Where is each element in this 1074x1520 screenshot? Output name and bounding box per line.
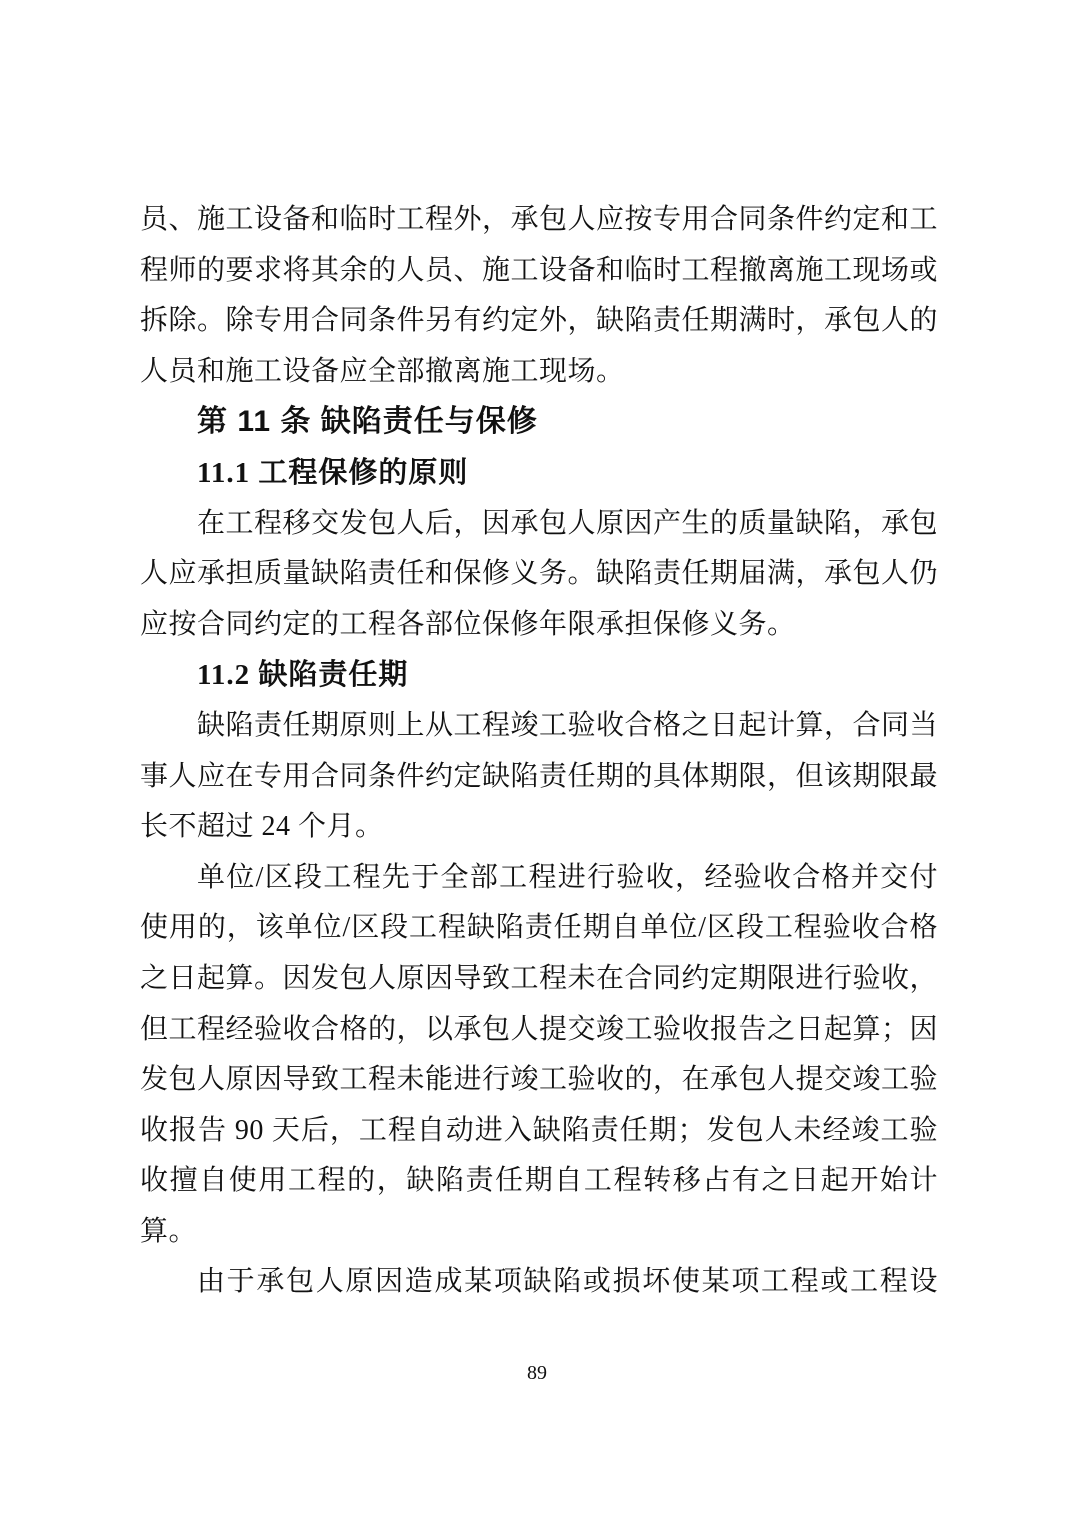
body-text-line: 使用的，该单位/区段工程缺陷责任期自单位/区段工程验收合格 — [140, 903, 938, 954]
body-text-line: 之日起算。因发包人原因导致工程未在合同约定期限进行验收， — [140, 954, 938, 1005]
body-text-line: 人员和施工设备应全部撤离施工现场。 — [140, 347, 938, 398]
body-text-line: 收擅自使用工程的，缺陷责任期自工程转移占有之日起开始计 — [140, 1156, 938, 1207]
body-text-line: 算。 — [140, 1207, 938, 1258]
body-text-line: 收报告 90 天后，工程自动进入缺陷责任期；发包人未经竣工验 — [140, 1106, 938, 1157]
body-text-line: 在工程移交发包人后，因承包人原因产生的质量缺陷，承包 — [140, 499, 938, 550]
body-text-line: 应按合同约定的工程各部位保修年限承担保修义务。 — [140, 600, 938, 651]
body-text-line: 缺陷责任期原则上从工程竣工验收合格之日起计算，合同当 — [140, 701, 938, 752]
section-heading: 11.1 工程保修的原则 — [140, 448, 938, 499]
chapter-heading: 第 11 条 缺陷责任与保修 — [140, 397, 938, 448]
document-lines: 员、施工设备和临时工程外，承包人应按专用合同条件约定和工程师的要求将其余的人员、… — [140, 195, 938, 1308]
section-heading: 11.2 缺陷责任期 — [140, 650, 938, 701]
body-text-line: 人应承担质量缺陷责任和保修义务。缺陷责任期届满，承包人仍 — [140, 549, 938, 600]
body-text-line: 但工程经验收合格的，以承包人提交竣工验收报告之日起算；因 — [140, 1005, 938, 1056]
body-text-line: 事人应在专用合同条件约定缺陷责任期的具体期限，但该期限最 — [140, 752, 938, 803]
body-text-line: 由于承包人原因造成某项缺陷或损坏使某项工程或工程设 — [140, 1257, 938, 1308]
body-text-line: 单位/区段工程先于全部工程进行验收，经验收合格并交付 — [140, 853, 938, 904]
body-text-line: 拆除。除专用合同条件另有约定外，缺陷责任期满时，承包人的 — [140, 296, 938, 347]
body-text-line: 员、施工设备和临时工程外，承包人应按专用合同条件约定和工 — [140, 195, 938, 246]
page-number: 89 — [0, 1358, 1074, 1388]
document-page: 员、施工设备和临时工程外，承包人应按专用合同条件约定和工程师的要求将其余的人员、… — [0, 0, 1074, 1520]
body-text-line: 程师的要求将其余的人员、施工设备和临时工程撤离施工现场或 — [140, 246, 938, 297]
body-text-line: 发包人原因导致工程未能进行竣工验收的，在承包人提交竣工验 — [140, 1055, 938, 1106]
body-text-line: 长不超过 24 个月。 — [140, 802, 938, 853]
